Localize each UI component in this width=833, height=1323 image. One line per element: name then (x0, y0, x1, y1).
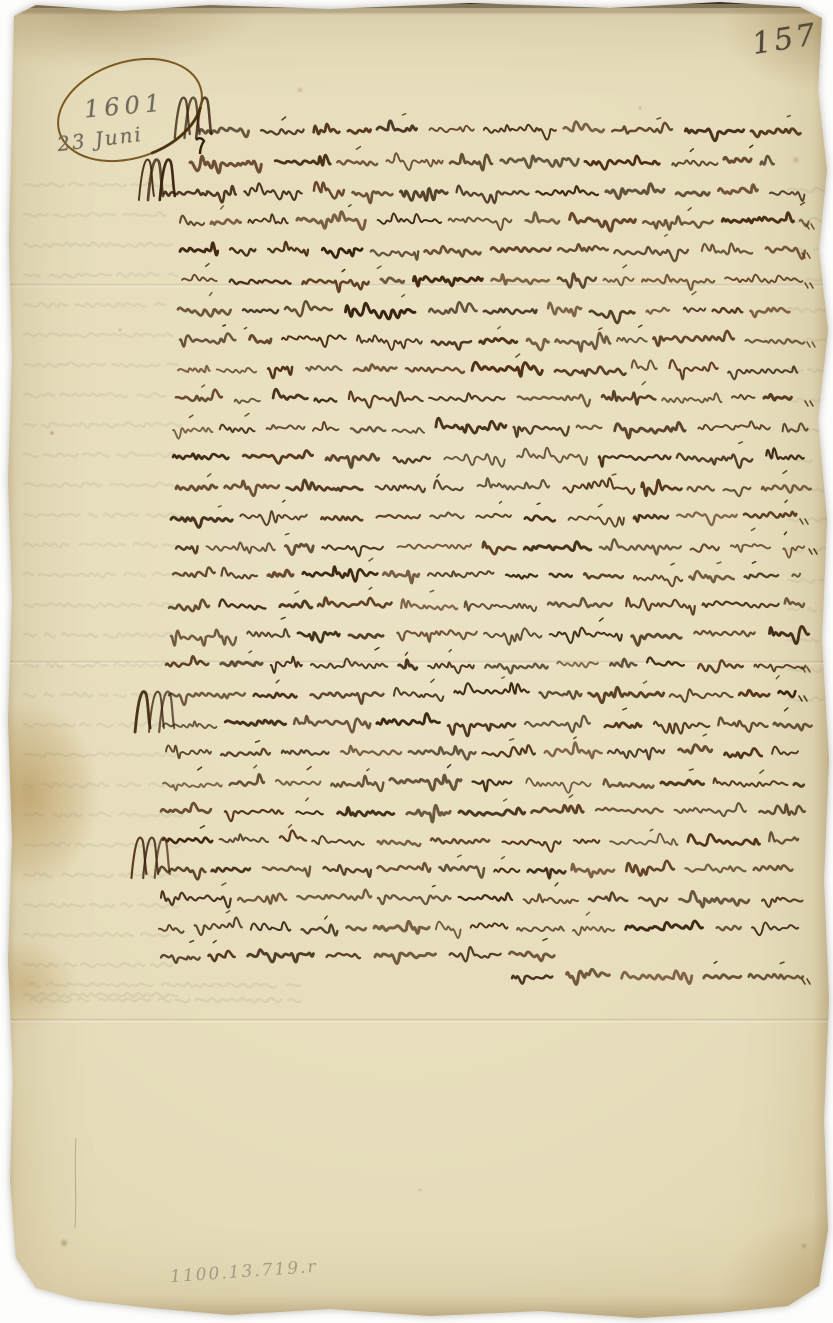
document-scan: 157 1601 23 Juni 1100.13.719.r (0, 0, 833, 1323)
scratch-mark (75, 1138, 76, 1228)
paper-sheet: 157 1601 23 Juni 1100.13.719.r (0, 0, 833, 1323)
paper-wrap: 157 1601 23 Juni 1100.13.719.r (0, 0, 833, 1323)
handwriting-layer (0, 0, 833, 1323)
ink-tick-mark (196, 138, 204, 154)
